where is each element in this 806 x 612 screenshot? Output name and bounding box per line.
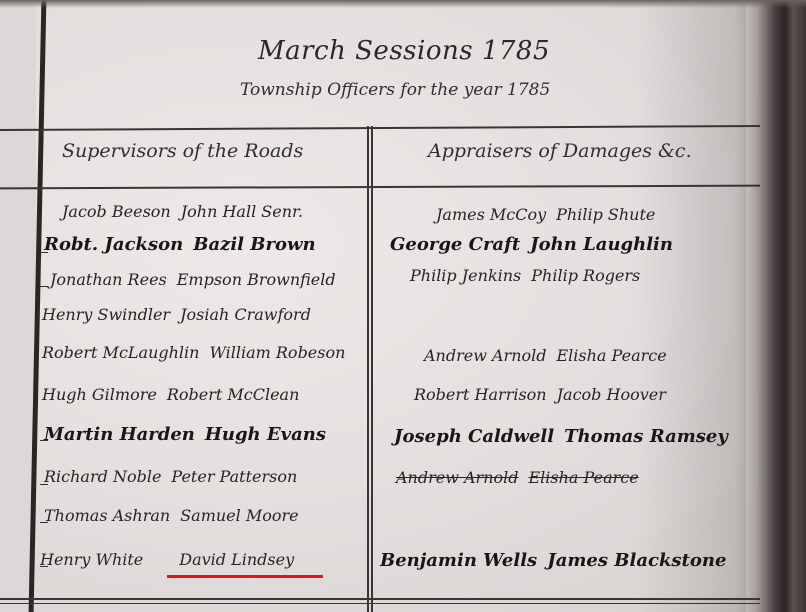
margin-dash xyxy=(40,286,48,287)
footer-rule-2 xyxy=(0,603,760,604)
margin-dash xyxy=(40,252,48,253)
supervisor-entry: Thomas AshranSamuel Moore xyxy=(44,506,299,525)
supervisor-entry: Robert McLaughlinWilliam Robeson xyxy=(42,343,345,362)
appraiser-entry-struck: Andrew ArnoldElisha Pearce xyxy=(396,468,639,487)
footer-rule-1 xyxy=(0,598,760,600)
red-underline-annotation xyxy=(167,575,323,578)
appraiser-entry: Robert HarrisonJacob Hoover xyxy=(414,385,666,404)
supervisor-entry: Richard NoblePeter Patterson xyxy=(44,467,297,486)
margin-dash xyxy=(40,566,48,567)
column-heading-appraisers: Appraisers of Damages &c. xyxy=(428,140,692,162)
supervisor-entry-highlighted: Henry WhiteDavid Lindsey xyxy=(40,550,294,569)
appraiser-entry: Joseph CaldwellThomas Ramsey xyxy=(394,426,728,447)
appraiser-entry: James McCoyPhilip Shute xyxy=(436,205,655,224)
page-curve-shadow xyxy=(636,0,746,612)
page-title: March Sessions 1785 xyxy=(258,36,550,66)
supervisor-entry: Robt. JacksonBazil Brown xyxy=(44,234,316,255)
appraiser-entry: Benjamin WellsJames Blackstone xyxy=(380,550,726,571)
margin-dash xyxy=(40,522,48,523)
column-divider-right xyxy=(371,126,373,612)
column-divider-left xyxy=(367,126,369,612)
margin-dash xyxy=(40,440,48,441)
book-binding-edge xyxy=(736,0,806,612)
appraiser-entry: Andrew ArnoldElisha Pearce xyxy=(424,346,667,365)
top-edge-shadow xyxy=(0,0,806,8)
appraiser-entry: Philip JenkinsPhilip Rogers xyxy=(410,266,640,285)
highlighted-name: David Lindsey xyxy=(179,550,294,569)
ledger-page-scan: March Sessions 1785 Township Officers fo… xyxy=(0,0,806,612)
page-subtitle: Township Officers for the year 1785 xyxy=(240,80,550,100)
supervisor-entry: Jonathan ReesEmpson Brownfield xyxy=(50,270,336,289)
supervisor-entry: Hugh GilmoreRobert McClean xyxy=(42,385,299,404)
supervisor-entry: Henry SwindlerJosiah Crawford xyxy=(42,305,311,324)
supervisor-entry: Jacob BeesonJohn Hall Senr. xyxy=(62,202,303,221)
column-heading-supervisors: Supervisors of the Roads xyxy=(62,140,303,162)
margin-dash xyxy=(40,484,48,485)
appraiser-entry: George CraftJohn Laughlin xyxy=(390,234,673,255)
supervisor-entry: Martin HardenHugh Evans xyxy=(44,424,326,445)
